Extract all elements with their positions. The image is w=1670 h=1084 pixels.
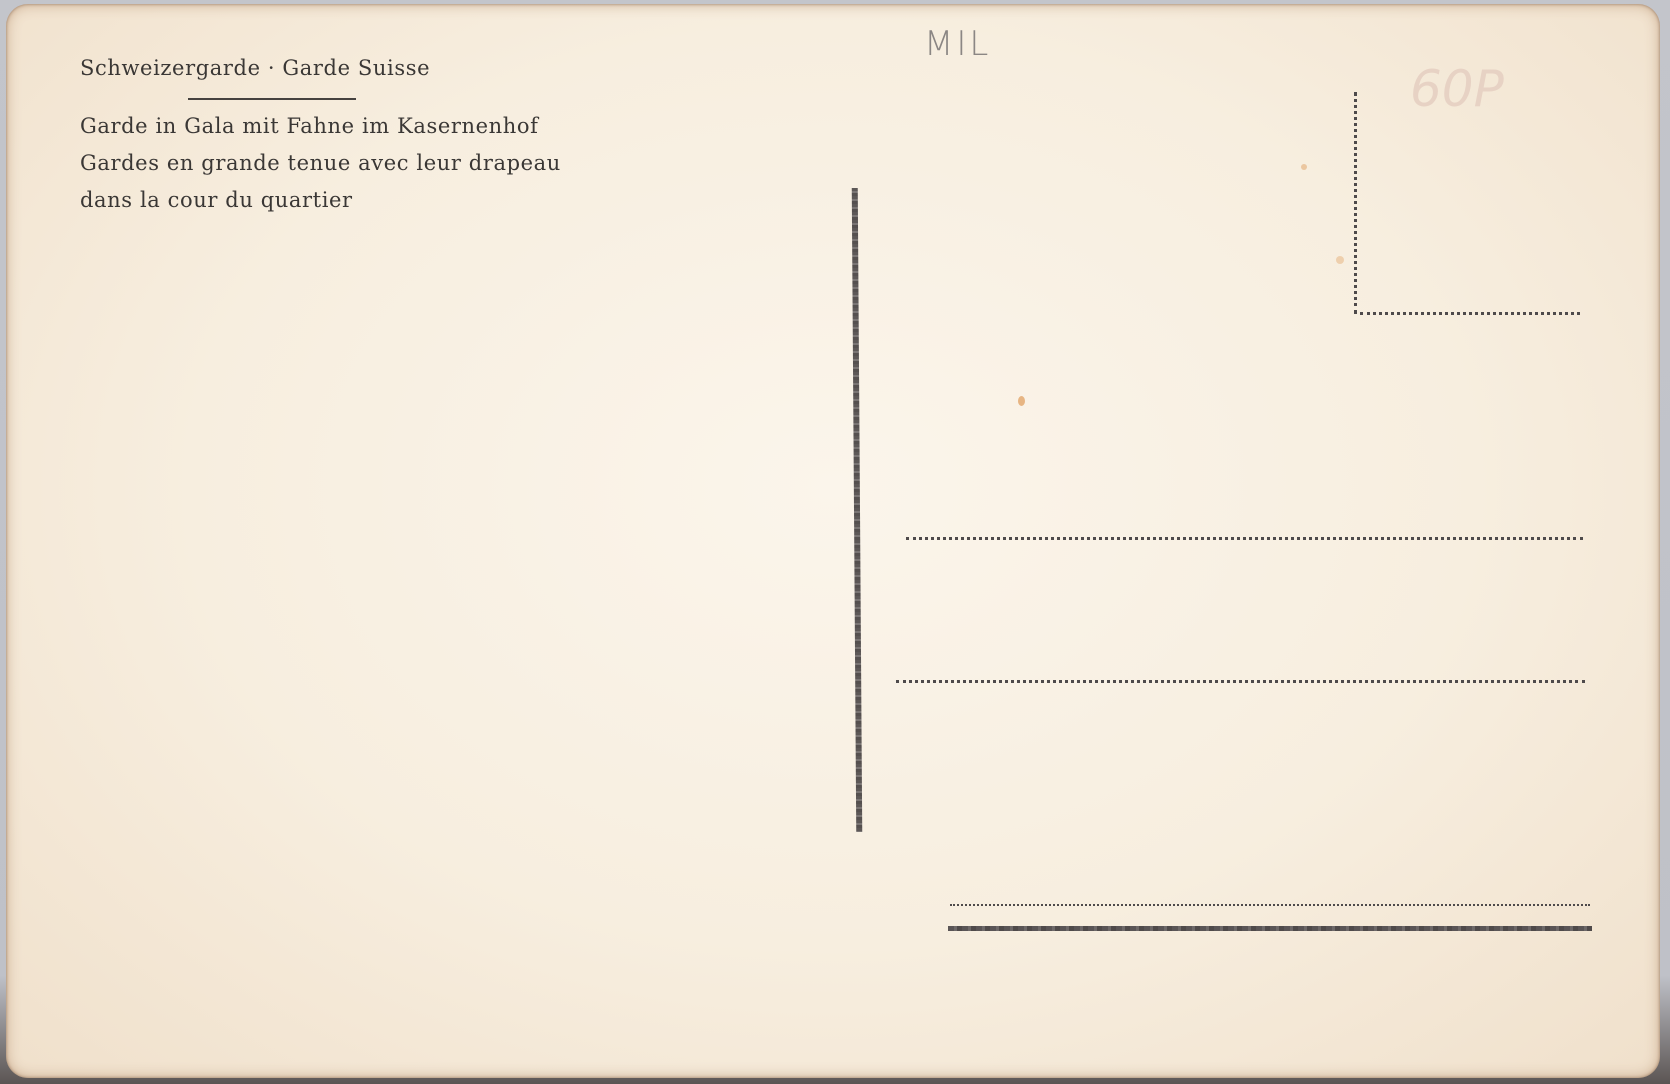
caption-title: Schweizergarde · Garde Suisse xyxy=(80,56,430,80)
caption-french-line-1: Gardes en grande tenue avec leur drapeau xyxy=(80,151,561,175)
foxing-stain xyxy=(1336,256,1344,264)
postcard-back: Schweizergarde · Garde Suisse Garde in G… xyxy=(6,4,1660,1078)
title-underline xyxy=(188,98,356,100)
faint-pencil-price: 60P xyxy=(1410,60,1504,118)
message-address-divider xyxy=(852,188,862,832)
stamp-box-left-border xyxy=(1354,92,1357,314)
address-line-3 xyxy=(950,904,1590,906)
address-line-2 xyxy=(896,680,1585,683)
stamp-box-bottom-border xyxy=(1360,312,1580,315)
address-line-1 xyxy=(906,537,1583,540)
foxing-stain xyxy=(1018,396,1025,406)
caption-french-line-2: dans la cour du quartier xyxy=(80,188,353,212)
caption-german: Garde in Gala mit Fahne im Kasernenhof xyxy=(80,114,539,138)
foxing-stain xyxy=(1301,164,1307,170)
address-line-solid xyxy=(948,926,1592,931)
pencil-annotation: MIL xyxy=(924,24,991,64)
